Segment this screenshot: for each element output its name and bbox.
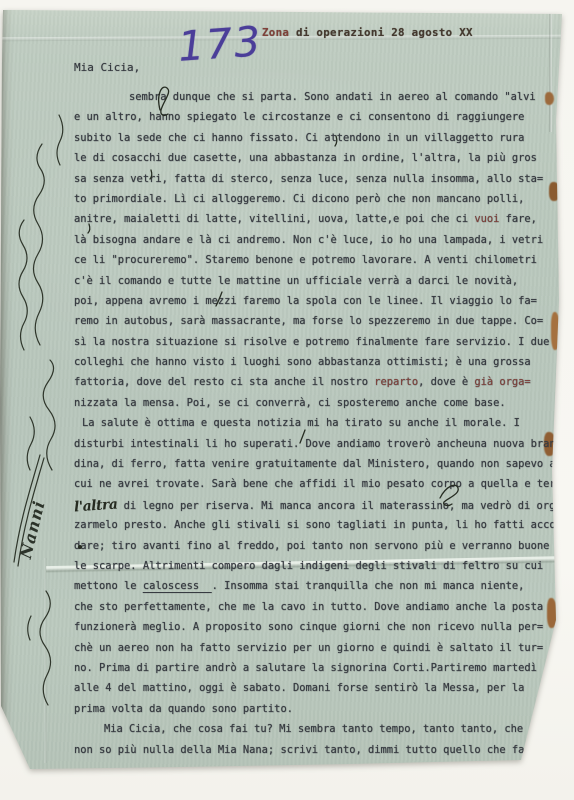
letter-line: colleghi che hanno visto i luoghi sono a… <box>74 352 574 372</box>
letter-line: alle 4 del mattino, oggi è sabato. Doman… <box>74 678 574 698</box>
letter-line: non so più nulla della Mia Nana; scrivi … <box>74 740 574 760</box>
letter-line: no. Prima di partire andrò a salutare la… <box>74 658 574 678</box>
letter-line: chè un aereo non ha fatto servizio per u… <box>74 638 574 658</box>
margin-handwriting <box>14 115 63 705</box>
letter-line: sembra dunque che si parta. Sono andati … <box>74 87 574 107</box>
text-seg: Mia Cicia, che cosa fai tu? Mi sembra ta… <box>104 723 523 735</box>
letter-line: che sto perfettamente, che me la cavo in… <box>74 597 574 617</box>
letter-line: ce li "procureremo". Staremo benone e po… <box>74 250 574 270</box>
letter-line: dare; tiro avanti fino al freddo, poi ta… <box>74 536 574 556</box>
letter-line: prima volta da quando sono partito. <box>74 699 574 719</box>
letter-line: Mia Cicia, che cosa fai tu? Mi sembra ta… <box>74 719 574 739</box>
text-seg: caloscess <box>143 580 212 592</box>
text-seg: La salute è ottima e questa notizia mi h… <box>82 417 520 429</box>
text-seg: disturbi intestinali li ho superati. Dov… <box>74 438 556 450</box>
text-seg: l'altra <box>73 494 118 517</box>
dateline: Zona di operazioni 28 agosto XX <box>262 26 473 39</box>
text-seg: di legno per riserva. Mi manca ancora il… <box>117 500 561 512</box>
text-seg: subito la sede che ci hanno fissato. Ci … <box>74 132 524 144</box>
letter-body: sembra dunque che si parta. Sono andati … <box>74 87 574 760</box>
text-seg: che sto perfettamente, che me la cavo in… <box>74 601 543 613</box>
text-seg: , dove è <box>418 376 474 388</box>
text-seg: colleghi che hanno visto i luoghi sono a… <box>74 356 531 368</box>
letter-line: dina, di ferro, fatta venire gratuitamen… <box>74 454 574 474</box>
text-seg: sembra dunque che si parta. Sono andati … <box>129 91 536 103</box>
letter-line: le scarpe. Altrimenti compero dagli indi… <box>74 556 574 576</box>
text-seg: nizzata la mensa. Poi, se ci converrà, c… <box>74 397 506 409</box>
text-seg: dare; tiro avanti fino al freddo, poi ta… <box>74 540 549 552</box>
letter-line: disturbi intestinali li ho superati. Dov… <box>74 434 574 454</box>
text-seg: anitre, maialetti di latte, vitellini, u… <box>74 213 474 225</box>
salutation: Mia Cicia, <box>74 61 140 74</box>
text-seg: fattoria, dove del resto ci sta anche il… <box>74 376 374 388</box>
letter-line: mettono le caloscess . Insomma stai tran… <box>74 576 574 596</box>
paper-crease <box>44 558 47 763</box>
letter-line: to primordiale. Lì ci alloggeremo. Ci di… <box>74 189 574 209</box>
text-seg: remo in autobus, sarà massacrante, ma fo… <box>74 315 543 327</box>
letter-line: sì la nostra situazione si risolve e pot… <box>74 332 574 352</box>
text-seg: sa senza vetri, fatta di sterco, senza l… <box>74 173 543 185</box>
text-seg: poi, appena avremo i mezzi faremo la spo… <box>74 295 537 307</box>
letter-line: La salute è ottima e questa notizia mi h… <box>74 413 574 433</box>
text-seg: dina, di ferro, fatta venire gratuitamen… <box>74 458 556 470</box>
text-seg: ce li "procureremo". Staremo benone e po… <box>74 254 537 266</box>
letter-line: cui ne avrei trovate. Sarà bene che affi… <box>74 474 574 494</box>
text-seg: di operazioni 28 agosto XX <box>296 26 473 39</box>
text-seg: reparto <box>374 376 418 388</box>
text-seg: cui ne avrei trovate. Sarà bene che affi… <box>74 478 556 490</box>
text-seg: chè un aereo non ha fatto servizio per u… <box>74 642 543 654</box>
margin-signature: Nanni <box>16 498 49 560</box>
text-seg: funzionerà meglio. A proposito sono cinq… <box>74 621 543 633</box>
text-seg: e un altro, hanno spiegato le circostanz… <box>74 111 524 123</box>
scan-background: 173 Zona di operazioni 28 agosto XX Mia … <box>0 0 574 800</box>
letter-line: e un altro, hanno spiegato le circostanz… <box>74 107 574 127</box>
letter-line: nizzata la mensa. Poi, se ci converrà, c… <box>74 393 574 413</box>
letter-line: funzionerà meglio. A proposito sono cinq… <box>74 617 574 637</box>
text-seg: no. Prima di partire andrò a salutare la… <box>74 662 537 674</box>
letter-line: le di cosacchi due casette, una abbastan… <box>74 148 574 168</box>
letter-line: remo in autobus, sarà massacrante, ma fo… <box>74 311 574 331</box>
text-seg: già orga= <box>474 376 530 388</box>
text-seg: sì la nostra situazione si risolve e pot… <box>74 336 549 348</box>
letter-line: poi, appena avremo i mezzi faremo la spo… <box>74 291 574 311</box>
text-seg: alle 4 del mattino, oggi è sabato. Doman… <box>74 682 524 694</box>
letter-line: anitre, maialetti di latte, vitellini, u… <box>74 209 574 229</box>
page-number-handwritten: 173 <box>176 17 263 71</box>
text-seg: non so più nulla della Mia Nana; scrivi … <box>74 744 537 756</box>
text-seg: c'è il comando e tutte le mattine un uff… <box>74 275 518 287</box>
text-seg: le di cosacchi due casette, una abbastan… <box>74 152 537 164</box>
text-seg: to primordiale. Lì ci alloggeremo. Ci di… <box>74 193 524 205</box>
text-seg: fare, <box>499 213 537 225</box>
letter-paper: 173 Zona di operazioni 28 agosto XX Mia … <box>0 0 574 800</box>
letter-line: sa senza vetri, fatta di sterco, senza l… <box>74 169 574 189</box>
text-seg: vuoi <box>474 213 499 225</box>
text-seg: mettono le <box>74 580 143 592</box>
letter-line: zarmelo presto. Anche gli stivali si son… <box>74 515 574 535</box>
text-seg: prima volta da quando sono partito. <box>74 703 293 715</box>
text-seg: zarmelo presto. Anche gli stivali si son… <box>74 519 562 531</box>
text-seg: . Insomma stai tranquilla che non mi man… <box>212 580 525 592</box>
letter-line: c'è il comando e tutte le mattine un uff… <box>74 271 574 291</box>
letter-line: l'altra di legno per riserva. Mi manca a… <box>74 495 574 515</box>
text-seg: Zona <box>262 26 296 39</box>
letter-line: là bisogna andare e là ci andremo. Non c… <box>74 230 574 250</box>
letter-line: subito la sede che ci hanno fissato. Ci … <box>74 128 574 148</box>
letter-line: fattoria, dove del resto ci sta anche il… <box>74 372 574 392</box>
text-seg: là bisogna andare e là ci andremo. Non c… <box>74 234 543 246</box>
text-seg: le scarpe. Altrimenti compero dagli indi… <box>74 560 543 572</box>
